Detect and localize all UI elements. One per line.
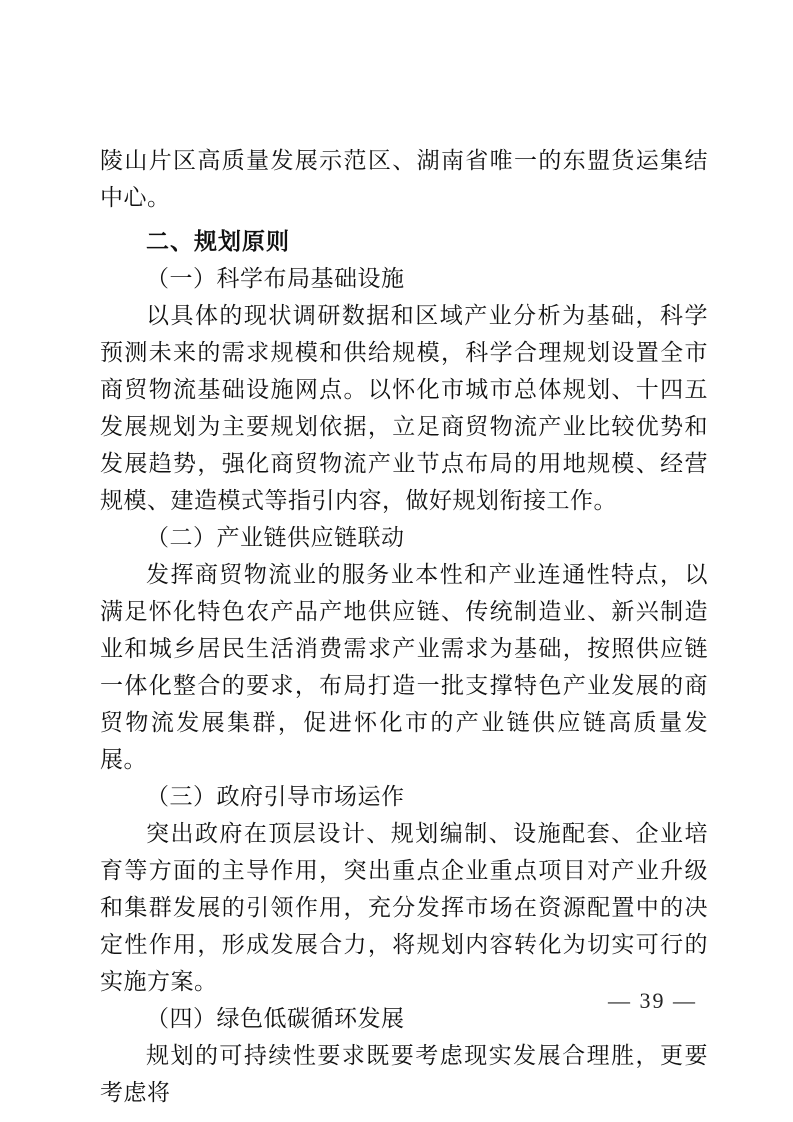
subsection-heading-3: （三）政府引导市场运作 xyxy=(100,778,708,815)
document-content: 陵山片区高质量发展示范区、湖南省唯一的东盟货运集结中心。 二、规划原则 （一）科… xyxy=(100,142,708,1111)
subsection-paragraph-1: 以具体的现状调研数据和区域产业分析为基础，科学预测未来的需求规模和供给规模，科学… xyxy=(100,297,708,519)
subsection-paragraph-3: 突出政府在顶层设计、规划编制、设施配套、企业培育等方面的主导作用，突出重点企业重… xyxy=(100,815,708,1000)
subsection-heading-1: （一）科学布局基础设施 xyxy=(100,260,708,297)
subsection-paragraph-2: 发挥商贸物流业的服务业本性和产业连通性特点，以满足怀化特色农产品产地供应链、传统… xyxy=(100,556,708,778)
intro-continuation-line: 陵山片区高质量发展示范区、湖南省唯一的东盟货运集结中心。 xyxy=(100,142,708,216)
subsection-heading-2: （二）产业链供应链联动 xyxy=(100,519,708,556)
page-number: — 39 — xyxy=(608,986,697,1016)
document-page: 陵山片区高质量发展示范区、湖南省唯一的东盟货运集结中心。 二、规划原则 （一）科… xyxy=(0,0,793,1122)
section-heading: 二、规划原则 xyxy=(100,223,708,260)
subsection-paragraph-4: 规划的可持续性要求既要考虑现实发展合理胜，更要考虑将 xyxy=(100,1037,708,1111)
